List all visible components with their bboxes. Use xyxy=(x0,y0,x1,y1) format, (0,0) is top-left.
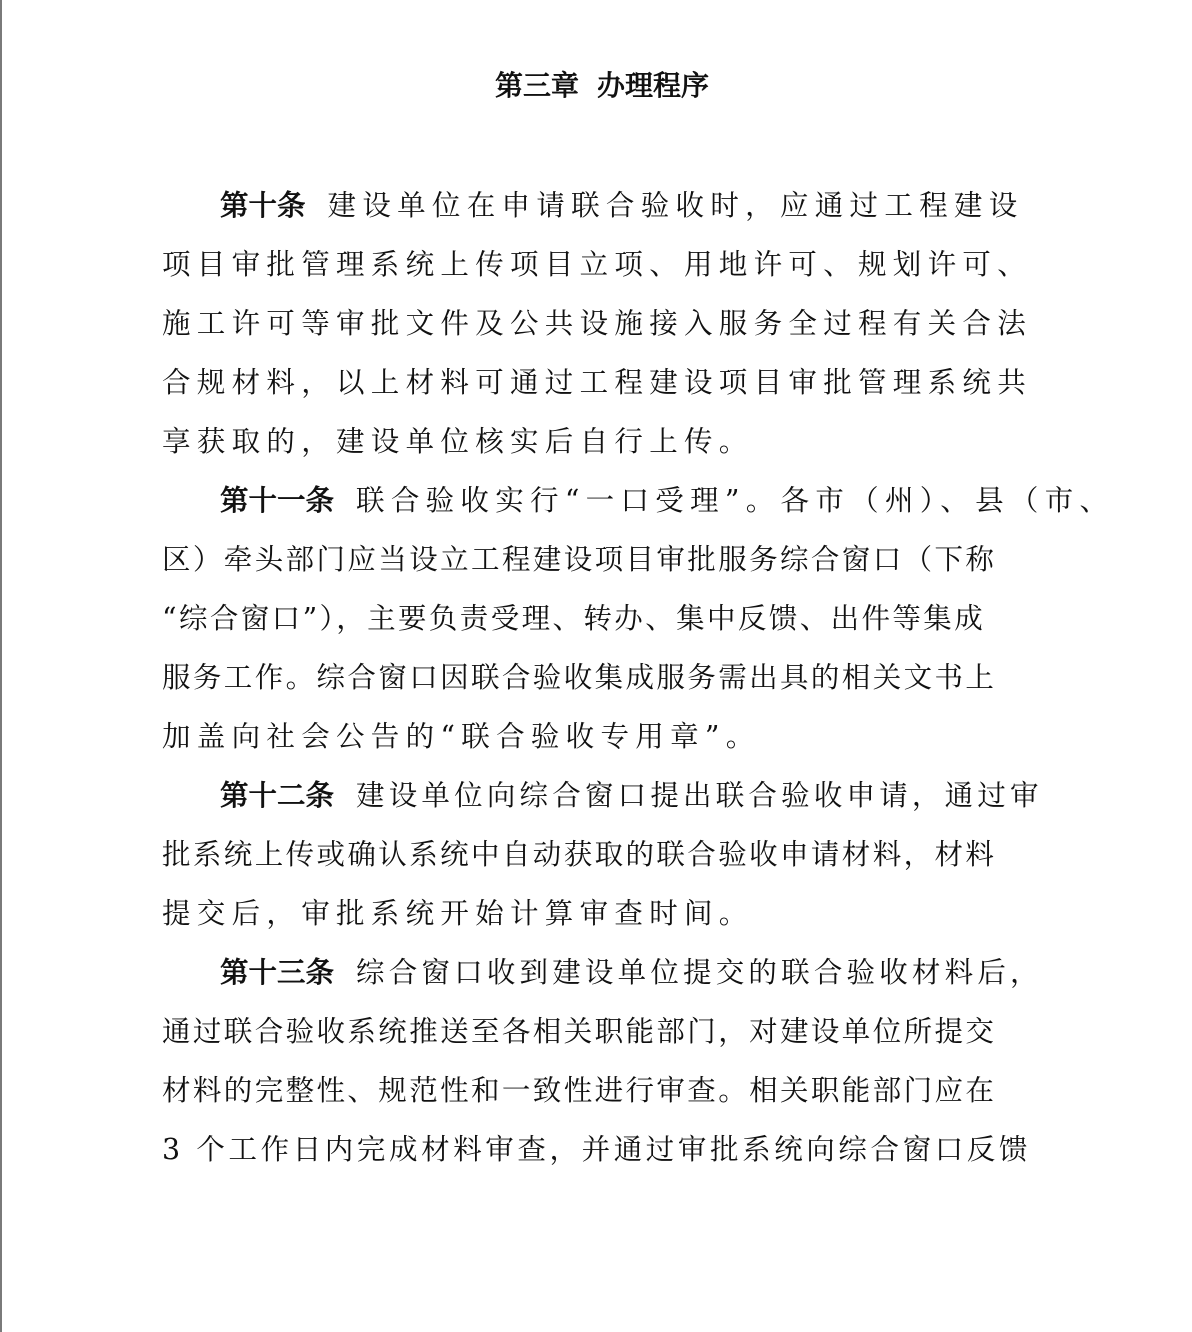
article-line: 第十二条建设单位向综合窗口提出联合验收申请，通过审 xyxy=(162,766,1042,825)
articles-body: 第十条建设单位在申请联合验收时，应通过工程建设 项目审批管理系统上传项目立项、用… xyxy=(162,176,1042,1179)
page-left-border xyxy=(0,0,2,1332)
chapter-number: 第三章 xyxy=(495,69,579,102)
article-line: 提交后，审批系统开始计算审查时间。 xyxy=(162,884,1042,943)
article-line: 通过联合验收系统推送至各相关职能部门，对建设单位所提交 xyxy=(162,1002,1042,1061)
article-line: 加盖向社会公告的“联合验收专用章”。 xyxy=(162,707,1042,766)
article-line: “综合窗口”），主要负责受理、转办、集中反馈、出件等集成 xyxy=(162,589,1042,648)
article-label: 第十二条 xyxy=(220,779,334,812)
article-11: 第十一条联合验收实行“一口受理”。各市（州）、县（市、 区）牵头部门应当设立工程… xyxy=(162,471,1042,766)
chapter-name: 办理程序 xyxy=(597,69,709,102)
article-10: 第十条建设单位在申请联合验收时，应通过工程建设 项目审批管理系统上传项目立项、用… xyxy=(162,176,1042,471)
article-label: 第十条 xyxy=(220,189,306,222)
article-line: 批系统上传或确认系统中自动获取的联合验收申请材料，材料 xyxy=(162,825,1042,884)
article-line: 区）牵头部门应当设立工程建设项目审批服务综合窗口（下称 xyxy=(162,530,1042,589)
article-12: 第十二条建设单位向综合窗口提出联合验收申请，通过审 批系统上传或确认系统中自动获… xyxy=(162,766,1042,943)
chapter-title: 第三章办理程序 xyxy=(162,66,1042,106)
article-line: 材料的完整性、规范性和一致性进行审查。相关职能部门应在 xyxy=(162,1061,1042,1120)
article-line: 施工许可等审批文件及公共设施接入服务全过程有关合法 xyxy=(162,294,1042,353)
article-line: 3 个工作日内完成材料审查，并通过审批系统向综合窗口反馈 xyxy=(162,1120,1042,1179)
article-label: 第十三条 xyxy=(220,956,334,989)
article-line: 第十条建设单位在申请联合验收时，应通过工程建设 xyxy=(162,176,1042,235)
article-line: 第十一条联合验收实行“一口受理”。各市（州）、县（市、 xyxy=(162,471,1042,530)
article-line: 合规材料，以上材料可通过工程建设项目审批管理系统共 xyxy=(162,353,1042,412)
article-line: 项目审批管理系统上传项目立项、用地许可、规划许可、 xyxy=(162,235,1042,294)
article-line: 享获取的，建设单位核实后自行上传。 xyxy=(162,412,1042,471)
article-line: 服务工作。综合窗口因联合验收集成服务需出具的相关文书上 xyxy=(162,648,1042,707)
article-label: 第十一条 xyxy=(220,484,334,517)
article-line: 第十三条综合窗口收到建设单位提交的联合验收材料后， xyxy=(162,943,1042,1002)
article-13: 第十三条综合窗口收到建设单位提交的联合验收材料后， 通过联合验收系统推送至各相关… xyxy=(162,943,1042,1179)
